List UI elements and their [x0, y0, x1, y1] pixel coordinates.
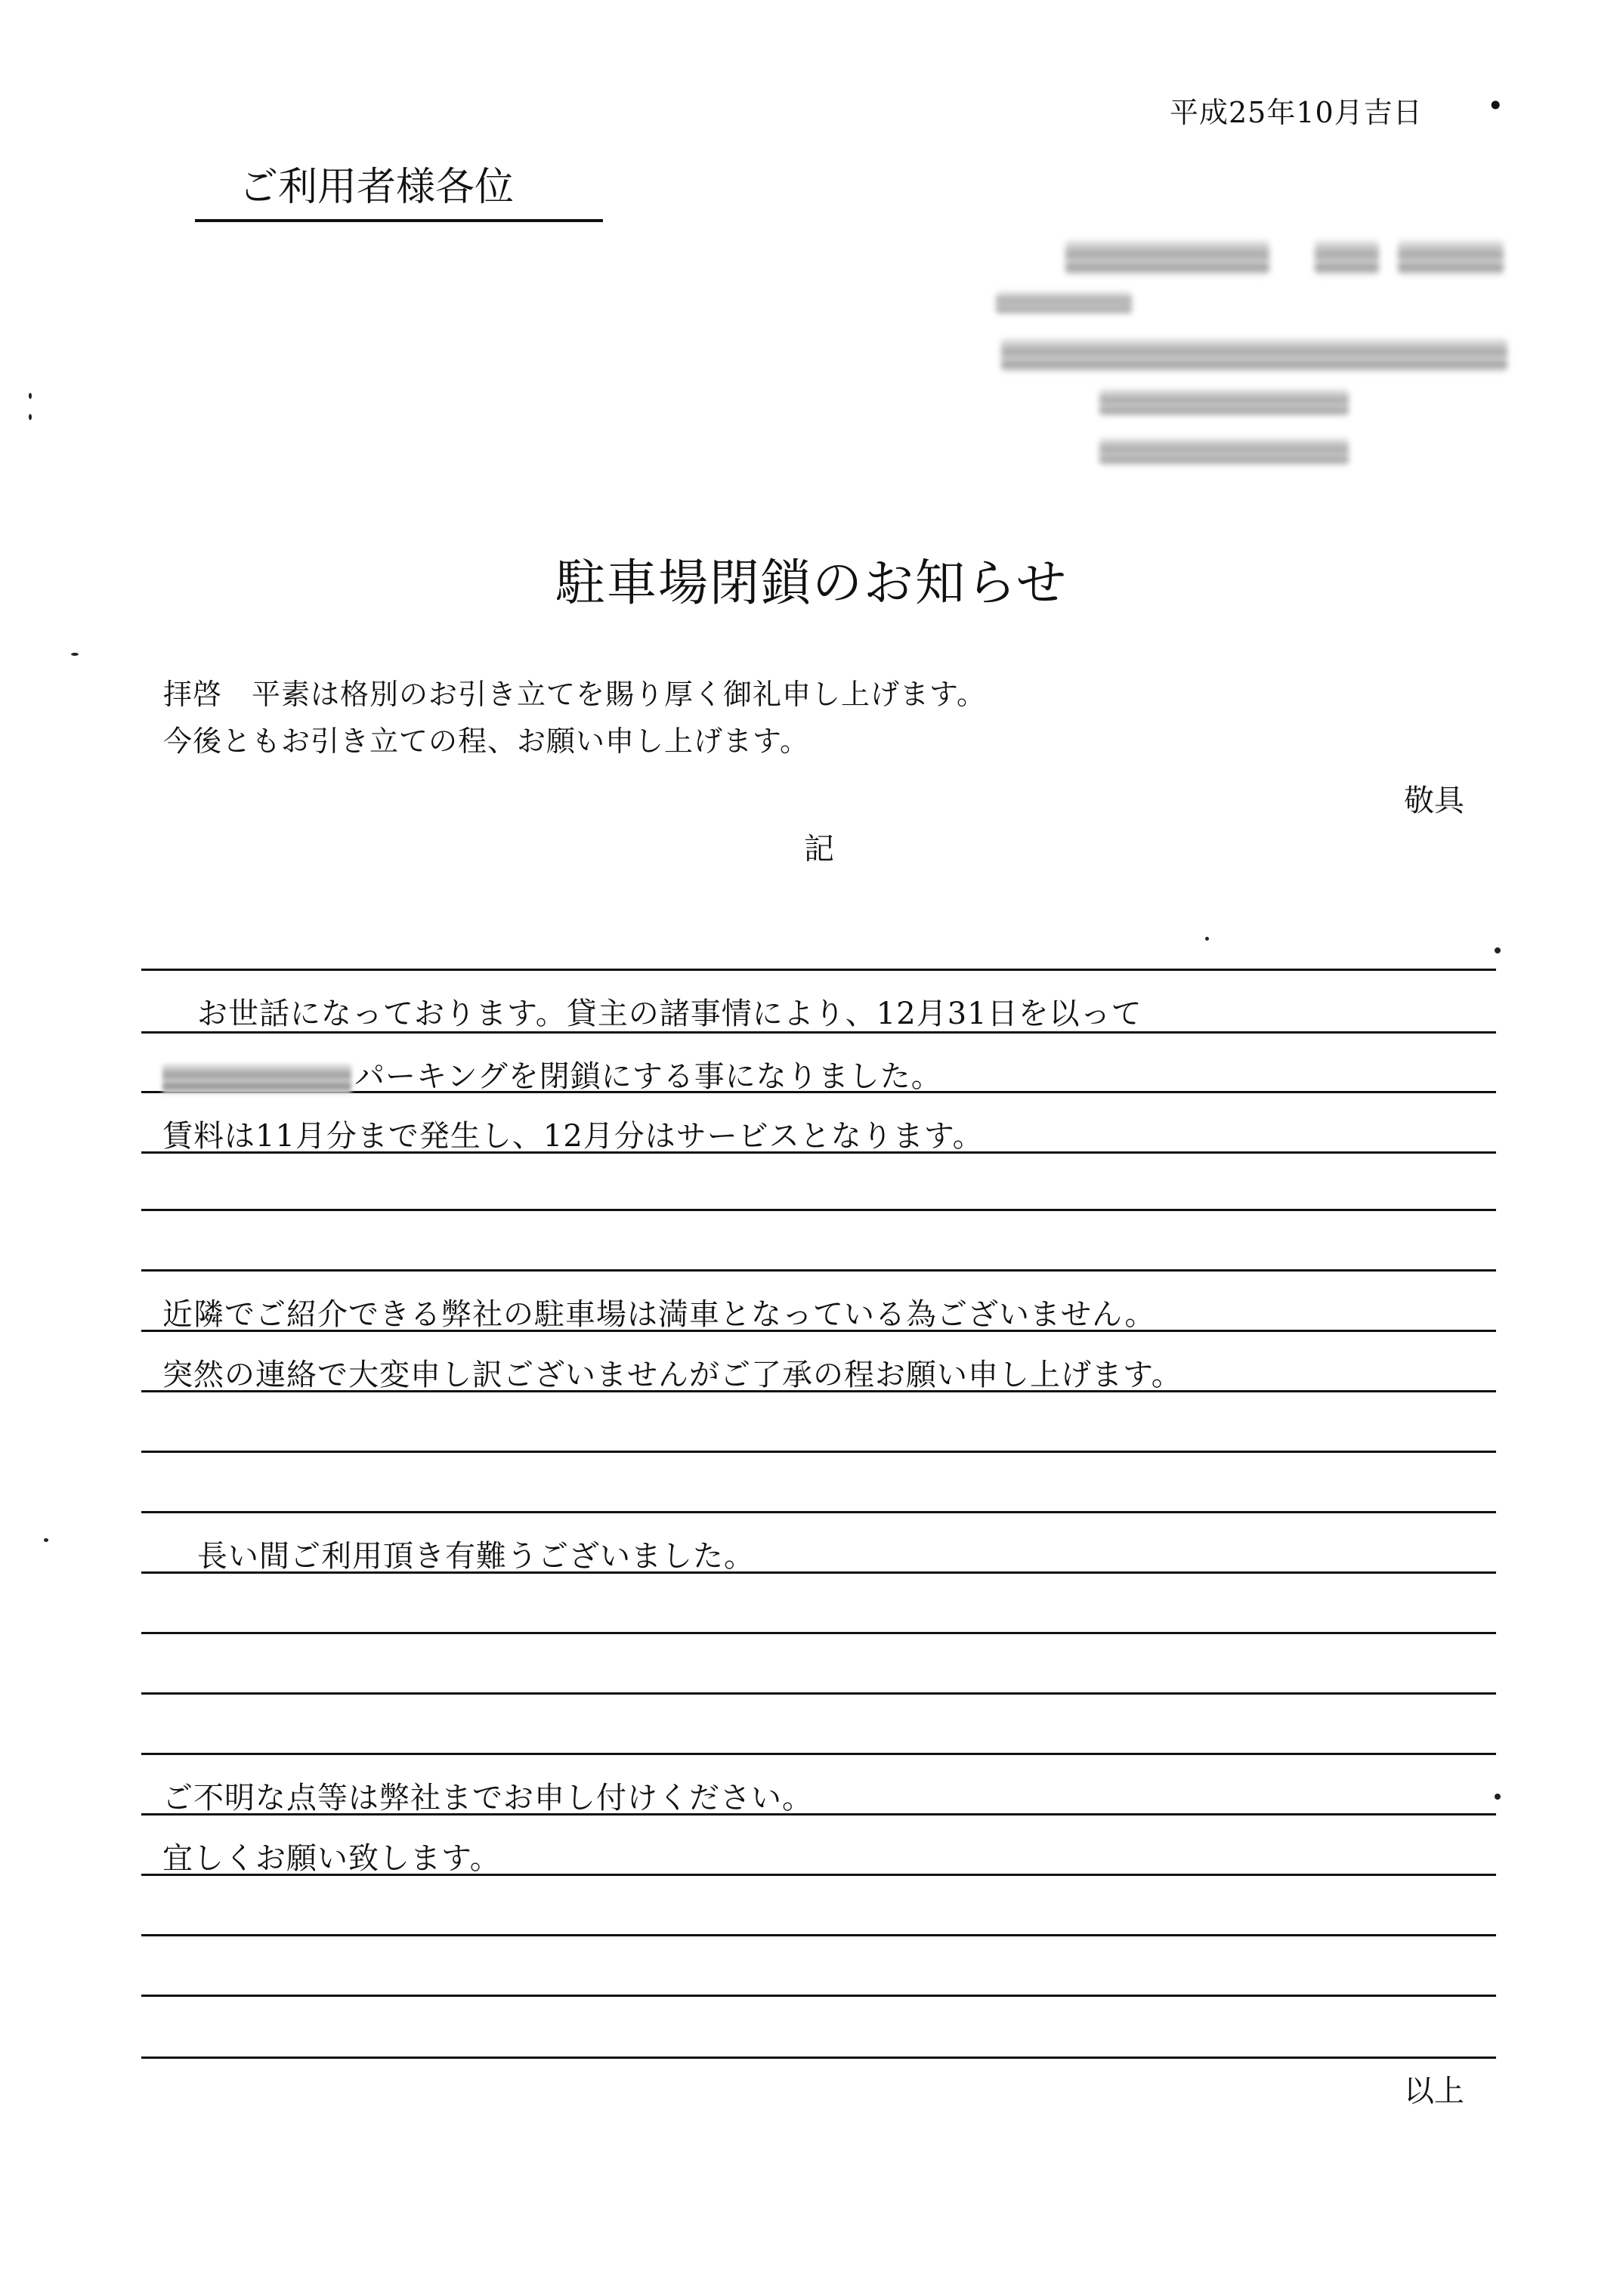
redacted-sender-line	[1065, 240, 1269, 275]
recipient: ご利用者様各位	[239, 155, 514, 212]
ruled-line	[141, 969, 1496, 971]
redacted-sender-line	[996, 292, 1132, 314]
end-mark-ijo: 以上	[1404, 2067, 1464, 2110]
ruled-line	[141, 1995, 1496, 1997]
ruled-line	[141, 1753, 1496, 1755]
ruled-line	[141, 1269, 1496, 1272]
recipient-underline	[195, 219, 603, 222]
ki-label: 記	[804, 825, 834, 868]
body-line: 賃料は11月分まで発生し、12月分はサービスとなります。	[162, 1112, 984, 1155]
redacted-sender-line	[1398, 240, 1504, 275]
body-line: 宜しくお願い致します。	[162, 1834, 501, 1877]
scan-speck	[29, 414, 32, 420]
greeting-line: 拝啓 平素は格別のお引き立てを賜り厚く御礼申し上げます。	[163, 671, 986, 712]
body-line: ご不明な点等は弊社までお申し付けください。	[162, 1774, 813, 1817]
scan-speck	[1495, 947, 1501, 953]
document-title: 駐車場閉鎖のお知らせ	[0, 542, 1623, 614]
closing-keigu: 敬具	[1404, 777, 1464, 820]
ruled-line	[141, 1451, 1496, 1453]
ruled-line	[141, 1511, 1496, 1513]
ruled-line	[141, 1692, 1496, 1695]
ruled-line	[141, 1934, 1496, 1936]
scan-speck	[29, 393, 32, 399]
redacted-sender-line	[1099, 389, 1349, 416]
scan-speck	[1205, 937, 1209, 941]
redacted-sender-line	[1315, 240, 1379, 275]
scan-speck	[1495, 1794, 1501, 1800]
scan-speck	[44, 1538, 48, 1542]
body-line: 突然の連絡で大変申し訳ございませんがご了承の程お願い申し上げます。	[162, 1351, 1182, 1394]
body-line-with-redaction: パーキングを閉鎖にする事になりました。	[162, 1052, 942, 1095]
body-line: 近隣でご紹介できる弊社の駐車場は満車となっている為ございません。	[162, 1290, 1155, 1333]
ruled-line	[141, 1632, 1496, 1634]
redacted-sender-line	[1001, 338, 1507, 372]
redacted-sender-line	[1099, 438, 1349, 465]
redacted-parking-name	[162, 1064, 351, 1094]
document-date: 平成25年10月吉日	[1170, 89, 1423, 131]
ruled-line	[141, 1209, 1496, 1211]
body-line: 長い間ご利用頂き有難うございました。	[166, 1532, 755, 1575]
stray-mark: •	[1487, 89, 1504, 122]
body-line: お世話になっております。貸主の諸事情により、12月31日を以って	[166, 990, 1142, 1033]
scan-speck	[71, 653, 79, 656]
greeting-line: 今後ともお引き立ての程、お願い申し上げます。	[163, 718, 809, 759]
ruled-line	[141, 2057, 1496, 2059]
body-line-text: パーキングを閉鎖にする事になりました。	[354, 1059, 942, 1094]
